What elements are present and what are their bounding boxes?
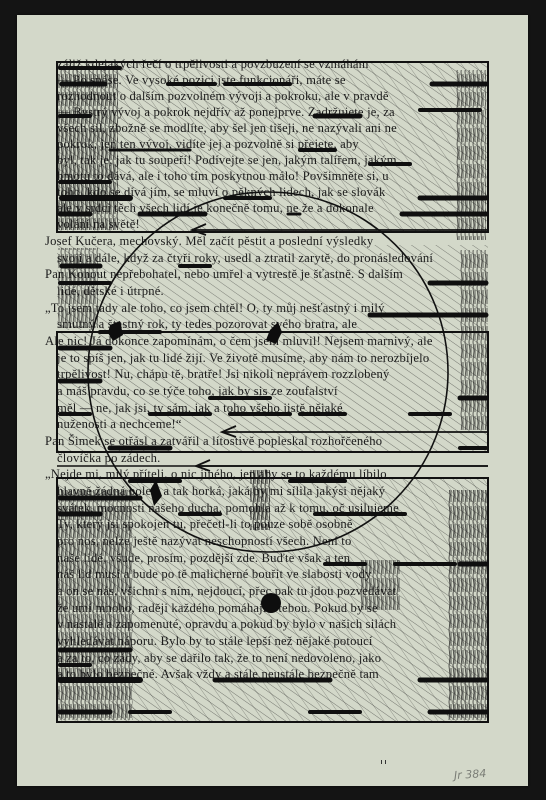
ink-overlay [0,0,546,800]
top-frame [57,62,488,232]
solid-dot [261,593,281,613]
